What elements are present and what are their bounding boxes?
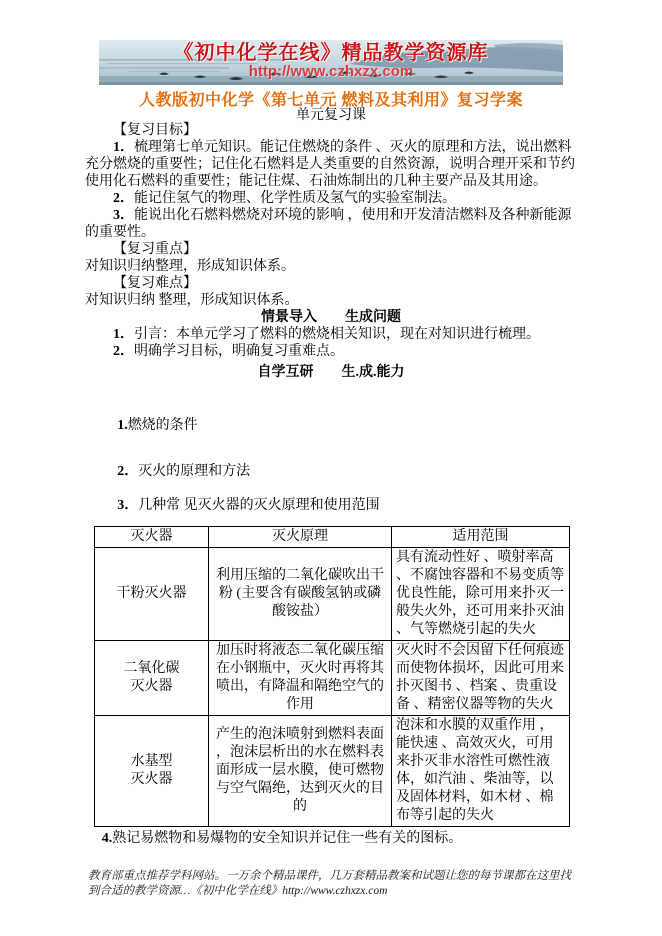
table-row: 干粉灭火器 利用压缩的二氧化碳吹出干粉 (主要含有碳酸氢钠或磷酸铵盐） 具有流动… <box>95 548 570 641</box>
study-text: 几种常 见灭火器的灭火原理和使用范围 <box>138 498 380 513</box>
cell-extinguisher-type: 水基型 灭火器 <box>95 716 209 827</box>
col-header-principle: 灭火原理 <box>209 527 392 548</box>
goal-number: 1． <box>113 140 134 155</box>
page-subtitle: 单元复习课 <box>0 108 662 123</box>
study-item: 1.燃烧的条件 <box>85 417 577 434</box>
goal-text: 梳理第七单元知识。能记住燃烧的条件 、灭火的原理和方法，说出燃料充分燃烧的重要性… <box>85 140 575 189</box>
cell-scope: 泡沫和水膜的双重作用 ，能快速 、高效灭火，可用来扑灭非水溶性可燃性液体，如汽油… <box>392 716 570 827</box>
study-item: 3．几种常 见灭火器的灭火原理和使用范围 <box>85 497 577 514</box>
banner-site-url[interactable]: http://www.czhxzx.com <box>99 64 563 80</box>
footer-url[interactable]: http://www.czhxzx.com <box>282 885 387 897</box>
banner-text: 《初中化学在线》精品教学资源库 http://www.czhxzx.com <box>99 43 563 80</box>
heading-review-difficult: 【复习难点】 <box>85 275 577 292</box>
goal-number: 2． <box>113 191 134 206</box>
extinguisher-table: 灭火器 灭火原理 适用范围 干粉灭火器 利用压缩的二氧化碳吹出干粉 (主要含有碳… <box>94 526 570 827</box>
table-header-row: 灭火器 灭火原理 适用范围 <box>95 527 570 548</box>
heading-intro: 情景导入 生成问题 <box>85 309 577 326</box>
banner-site-title: 《初中化学在线》精品教学资源库 <box>99 43 563 63</box>
page-title: 人教版初中化学《第七单元 燃料及其利用》复习学案 <box>0 87 662 110</box>
goal-text: 能记住氢气的物理、化学性质及氢气的实验室制法。 <box>134 191 456 206</box>
cell-principle: 加压时将液态二氧化碳压缩在小钢瓶中，灭火时再将其喷出，有降温和隔绝空气的作用 <box>209 641 392 716</box>
heading-review-goals: 【复习目标】 <box>85 122 577 139</box>
page-footer: 教育部重点推荐学科网站。一万余个精品课件，几万套精品教案和试题让您的每节课都在这… <box>88 869 577 899</box>
intro-number: 1． <box>113 327 134 342</box>
heading-review-key: 【复习重点】 <box>85 241 577 258</box>
col-header-scope: 适用范围 <box>392 527 570 548</box>
col-header-extinguisher: 灭火器 <box>95 527 209 548</box>
intro-text: 明确学习目标，明确复习重难点。 <box>134 344 344 359</box>
cell-scope: 具有流动性好 、喷射率高 、不腐蚀容器和不易变质等优良性能，除可用来扑灭一般失火… <box>392 548 570 641</box>
study-text: 熟记易燃物和易爆物的安全知识并记住一些有关的图标。 <box>112 831 462 846</box>
study-text: 灭火的原理和方法 <box>138 464 250 479</box>
goal-item: 1．梳理第七单元知识。能记住燃烧的条件 、灭火的原理和方法，说出燃料充分燃烧的重… <box>85 139 577 190</box>
study-item-4: 4.熟记易燃物和易爆物的安全知识并记住一些有关的图标。 <box>85 830 577 847</box>
cell-principle: 产生的泡沫喷射到燃料表面 ，泡沫层析出的水在燃料表面形成一层水膜，使可燃物与空气… <box>209 716 392 827</box>
study-item: 2．灭火的原理和方法 <box>85 463 577 480</box>
table-row: 二氧化碳 灭火器 加压时将液态二氧化碳压缩在小钢瓶中，灭火时再将其喷出，有降温和… <box>95 641 570 716</box>
intro-text: 引言：本单元学习了燃料的燃烧相关知识，现在对知识进行梳理。 <box>134 327 540 342</box>
study-text: 燃烧的条件 <box>128 418 198 433</box>
review-difficult-text: 对知识归纳 整理，形成知识体系。 <box>85 292 577 309</box>
table-row: 水基型 灭火器 产生的泡沫喷射到燃料表面 ，泡沫层析出的水在燃料表面形成一层水膜… <box>95 716 570 827</box>
document-page: 《初中化学在线》精品教学资源库 http://www.czhxzx.com 人教… <box>0 0 662 936</box>
cell-principle: 利用压缩的二氧化碳吹出干粉 (主要含有碳酸氢钠或磷酸铵盐） <box>209 548 392 641</box>
heading-selfstudy: 自学互研 生.成.能力 <box>85 364 577 381</box>
cell-scope: 灭火时不会因留下任何痕迹而使物体损坏，因此可用来扑灭图书 、档案 、贵重设备 、… <box>392 641 570 716</box>
document-body: 【复习目标】 1．梳理第七单元知识。能记住燃烧的条件 、灭火的原理和方法，说出燃… <box>85 122 577 847</box>
study-number: 1. <box>117 418 128 433</box>
goal-item: 2．能记住氢气的物理、化学性质及氢气的实验室制法。 <box>85 190 577 207</box>
study-number: 3． <box>117 498 138 513</box>
study-number: 2． <box>117 464 138 479</box>
goal-text: 能说出化石燃料燃烧对环境的影响 ，使用和开发清洁燃料及各种新能源的重要性。 <box>85 208 572 240</box>
site-banner: 《初中化学在线》精品教学资源库 http://www.czhxzx.com <box>99 40 563 85</box>
intro-item: 1．引言：本单元学习了燃料的燃烧相关知识，现在对知识进行梳理。 <box>85 326 577 343</box>
goal-number: 3． <box>113 208 134 223</box>
review-key-text: 对知识归纳整理，形成知识体系。 <box>85 258 577 275</box>
intro-item: 2．明确学习目标，明确复习重难点。 <box>85 343 577 360</box>
cell-extinguisher-type: 二氧化碳 灭火器 <box>95 641 209 716</box>
study-number: 4. <box>102 831 113 846</box>
intro-number: 2． <box>113 344 134 359</box>
cell-extinguisher-type: 干粉灭火器 <box>95 548 209 641</box>
goal-item: 3．能说出化石燃料燃烧对环境的影响 ，使用和开发清洁燃料及各种新能源的重要性。 <box>85 207 577 241</box>
